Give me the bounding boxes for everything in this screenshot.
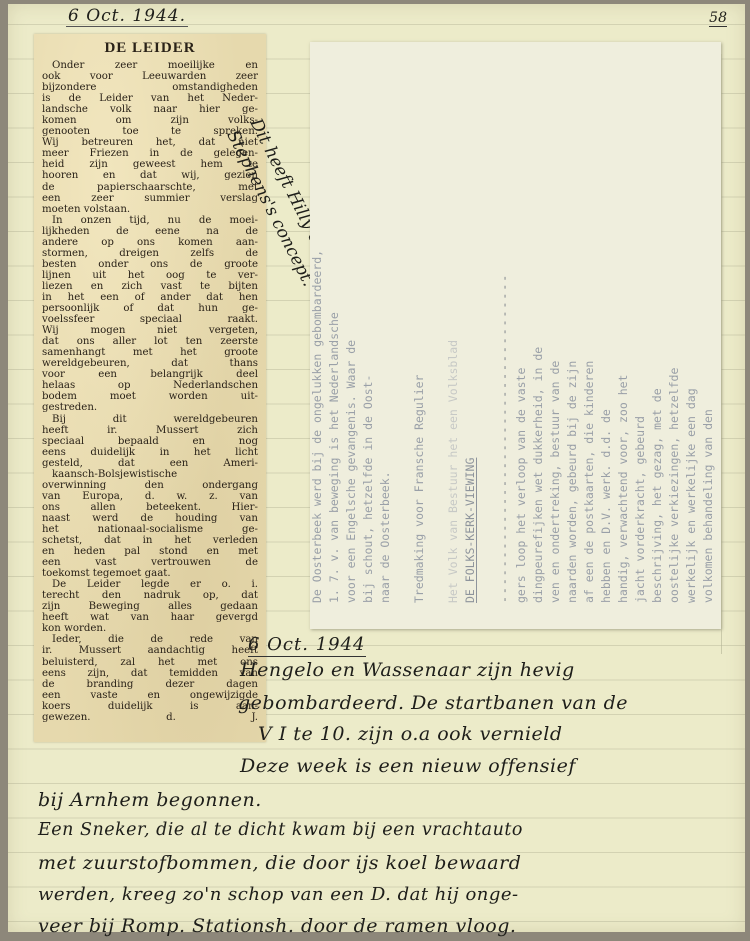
clipping-line: bodem moet worden uit- [42, 391, 258, 402]
clipping-line: persoonlijk of dat hun ge- [42, 303, 258, 314]
typed-line: voor een Engelsche gevangenis. Waar de [344, 42, 359, 603]
clipping-line: toekomst tegemoet gaat. [42, 568, 258, 579]
typed-line: ------------------------------------- [497, 42, 512, 603]
entry-line: Deze week is een nieuw offensief [240, 755, 576, 777]
typed-line: handig, verwachtend voor, zoo het [616, 42, 631, 603]
clipping-line: eens duidelijk in het licht [42, 447, 258, 458]
entry-line: gebombardeerd. De startbanen van de [238, 692, 628, 714]
clipping-line: samenhangt met het groote [42, 347, 258, 358]
clipping-line: komen om zijn volks- [42, 115, 258, 126]
typed-line: jacht vorderkracht, gebeurd [633, 42, 648, 603]
entry-line: met zuurstofbommen, die door ijs koel be… [38, 852, 521, 874]
clipping-line: een vast vertrouwen de [42, 557, 258, 568]
entry-date: 6 Oct. 1944 [248, 634, 366, 657]
clipping-line: het nationaal-socialisme ge- [42, 524, 258, 535]
clipping-line: wereldgebeuren, dat thans [42, 358, 258, 369]
clipping-line: besten onder ons de groote [42, 259, 258, 270]
clipping-line: een vaste en ongewijzigde [42, 690, 258, 701]
clipping-line: terecht den nadruk op, dat [42, 590, 258, 601]
entry-line: Een Sneker, die al te dicht kwam bij een… [38, 820, 523, 840]
diary-page: 6 Oct. 1944. 58 DE LEIDER Onder zeer moe… [8, 4, 745, 932]
clipping-line: koers duidelijk is aan- [42, 701, 258, 712]
clipping-line: ook voor Leeuwarden zeer [42, 71, 258, 82]
clipping-line: ons allen beteekent. Hier- [42, 502, 258, 513]
clipping-line: voelssfeer speciaal raakt. [42, 314, 258, 325]
clipping-line: bijzondere omstandigheden [42, 82, 258, 93]
typed-line: bij schout, hetzelfde in de Oost- [361, 42, 376, 603]
clipping-line: eens zijn, dat temidden van [42, 668, 258, 679]
clipping-line: naast werd de houding van [42, 513, 258, 524]
typed-ghost-text: Het Volk van Bestuur het een Volksblad [446, 42, 461, 603]
clipping-line: andere op ons komen aan- [42, 237, 258, 248]
clipping-line: is de Leider van het Neder- [42, 93, 258, 104]
typed-line: DE FOLKS-KERK-VIEWING [463, 42, 478, 603]
clipping-line: zijn Beweging alles gedaan [42, 601, 258, 612]
clipping-line: een zeer summier verslag [42, 193, 258, 204]
typed-line: oostelijke verkiezingen, hetzelfde [667, 42, 682, 603]
clipping-line: schetst, dat in het verleden [42, 535, 258, 546]
clipping-line: gesteld, dat een Ameri- [42, 458, 258, 469]
typed-sheet-upside-down: De Oosterbeek werd bij de ongelukken geb… [310, 42, 721, 629]
clipping-line: voor een belangrijk deel [42, 369, 258, 380]
clipping-line: gestreden. [42, 402, 258, 413]
clipping-line: gewezen. d. J. [42, 712, 258, 723]
clipping-line: van Europa, d. w. z. van [42, 491, 258, 502]
clipping-line: stormen, dreigen zelfs de [42, 248, 258, 259]
typed-line: Tredmaking voor Fransche Regulier [412, 42, 427, 603]
entry-line: Hengelo en Wassenaar zijn hevig [240, 659, 575, 681]
typed-line: af een de postkaarten, die kinderen [582, 42, 597, 603]
clipping-line: Wij mogen niet vergeten, [42, 325, 258, 336]
clipping-line: heid zijn geweest hem te [42, 159, 258, 170]
clipping-line: en heden pal stond en met [42, 546, 258, 557]
page-number: 58 [709, 10, 727, 27]
entry-line: bij Arnhem begonnen. [38, 789, 262, 811]
clipping-line: lijkheden de eene na de [42, 226, 258, 237]
clipping-line: speciaal bepaald en nog [42, 436, 258, 447]
typed-line: dingpeurefijken wet dukkerheid, in de [531, 42, 546, 603]
typed-line: hebben en D.V. werk. d.d. de [599, 42, 614, 603]
clipping-line: heeft wat van haar gevergd [42, 612, 258, 623]
clipping-line: kon worden. [42, 623, 258, 634]
clipping-line: in het een of ander dat hen [42, 292, 258, 303]
clipping-line: helaas op Nederlandschen [42, 380, 258, 391]
clipping-line: beluisterd, zal het met ons [42, 657, 258, 668]
clipping-line: dat ons aller lot ten zeerste [42, 336, 258, 347]
clipping-title: DE LEIDER [42, 40, 258, 57]
typed-line: beschrijving, het gezag, met de [650, 42, 665, 603]
typed-line [395, 42, 410, 603]
clipping-line: Onder zeer moeilijke en [42, 60, 258, 71]
clipping-body: Onder zeer moeilijke enook voor Leeuward… [42, 60, 258, 723]
clipping-line: de papierschaarschte, met [42, 182, 258, 193]
clipping-line: heeft ir. Mussert zich [42, 425, 258, 436]
clipping-line: In onzen tijd, nu de moei- [42, 215, 258, 226]
clipping-line: moeten volstaan. [42, 204, 258, 215]
clipping-line: liezen en zich vast te bijten [42, 281, 258, 292]
typed-line: werkelijk en werkelijke een dag [684, 42, 699, 603]
clipping-line: hooren en dat wij, gezien [42, 170, 258, 181]
typed-line: naarden worden, gebeurd bij de zijn [565, 42, 580, 603]
typed-line [480, 42, 495, 603]
clipping-line: overwinning den ondergang [42, 480, 258, 491]
typed-line: volkomen behandeling van den [701, 42, 716, 603]
typed-line: ven en ondertreking, bestuur van de [548, 42, 563, 603]
typed-line: gers loop het verloop van de vaste [514, 42, 529, 603]
clipping-line: de branding dezer dagen [42, 679, 258, 690]
clipping-line: Bij dit wereldgebeuren [42, 414, 258, 425]
clipping-line: lijnen uit het oog te ver- [42, 270, 258, 281]
clipping-line: Ieder, die de rede van [42, 634, 258, 645]
typed-line: De Oosterbeek werd bij de ongelukken geb… [310, 42, 325, 603]
clipping-line: De Leider legde er o. i. [42, 579, 258, 590]
page-top-date: 6 Oct. 1944. [66, 6, 188, 27]
clipping-line: ir. Mussert aandachtig heeft [42, 645, 258, 656]
typed-sheet-text: De Oosterbeek werd bij de ongelukken geb… [310, 42, 721, 629]
typed-line [429, 42, 444, 603]
typed-line: 1. 7. v. van beweging is het Nederlandsc… [327, 42, 342, 603]
clipping-line: landsche volk naar hier ge- [42, 104, 258, 115]
entry-line: V I te 10. zijn o.a ook vernield [258, 723, 563, 745]
entry-line: werden, kreeg zo'n schop van een D. dat … [38, 884, 519, 905]
entry-line: veer bij Romp. Stationsh. door de ramen … [38, 915, 516, 937]
page-margin-strip [721, 54, 742, 654]
clipping-line: kaansch-Bolsjewistische [42, 469, 258, 480]
typed-line: naar de Oosterbeek. [378, 42, 393, 603]
